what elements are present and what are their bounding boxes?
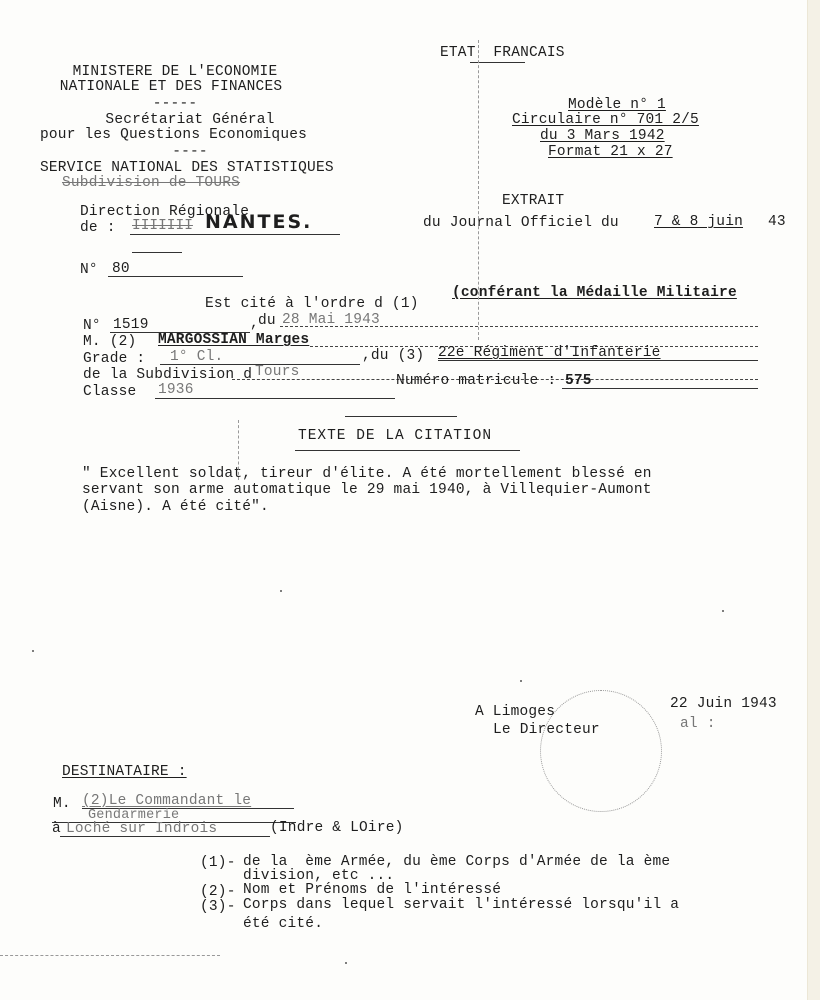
underline xyxy=(108,276,243,277)
no-value: 1519 xyxy=(113,317,149,333)
unit-value: 22e Régiment d'Infanterie xyxy=(438,345,661,361)
citation-line1: " Excellent soldat, tireur d'élite. A ét… xyxy=(82,466,652,482)
recipient-title: DESTINATAIRE : xyxy=(62,764,187,780)
extract-title: EXTRAIT xyxy=(502,193,564,209)
director-title: Le Directeur xyxy=(493,722,600,738)
grade-label: Grade : xyxy=(83,351,145,367)
underline xyxy=(438,360,758,361)
secretariat-line1: Secrétariat Général xyxy=(40,112,340,128)
recipient-prefix: M. xyxy=(53,796,71,812)
official-stamp xyxy=(540,690,662,812)
date-label: du xyxy=(258,313,276,329)
format: Format 21 x 27 xyxy=(548,144,673,160)
scan-artifact xyxy=(0,955,220,956)
underline xyxy=(130,234,340,235)
no-label: N° xyxy=(83,318,101,334)
name-value: MARGOSSIAN Marges xyxy=(158,332,309,348)
recipient-line1: (2)Le Commandant le xyxy=(82,793,251,809)
footnote-text: Nom et Prénoms de l'intéressé xyxy=(243,882,501,898)
ministry-line2: NATIONALE ET DES FINANCES xyxy=(36,79,306,95)
speck xyxy=(345,962,347,964)
underline xyxy=(60,836,270,837)
journal-year: 43 xyxy=(768,214,786,230)
underline xyxy=(132,252,182,253)
grade-value: 1° Cl. xyxy=(170,349,223,365)
subdivision-struck: Subdivision de TOURS xyxy=(62,175,240,191)
signature-date: 22 Juin 1943 xyxy=(670,696,777,712)
number-label: N° xyxy=(80,262,98,278)
citation-line2: servant son arme automatique le 29 mai 1… xyxy=(82,482,652,498)
recipient-region: (Indre & LOire) xyxy=(270,820,404,836)
circular-number: Circulaire n° 701 2/5 xyxy=(512,112,699,128)
number-value: 80 xyxy=(112,261,130,277)
citation-title: TEXTE DE LA CITATION xyxy=(298,428,492,444)
matricule-value: 575 xyxy=(565,373,592,389)
speck xyxy=(280,590,282,592)
order-value: (conférant la Médaille Militaire xyxy=(452,285,737,301)
signature-place: A Limoges xyxy=(475,704,555,720)
subdivision-label: de la Subdivision d xyxy=(83,367,252,383)
recipient-place: Loché sur Indrois xyxy=(66,821,217,837)
service-name: SERVICE NATIONAL DES STATISTIQUES xyxy=(40,160,334,176)
speck xyxy=(32,650,34,652)
separator: ---- xyxy=(40,144,340,160)
journal-date: 7 & 8 juin xyxy=(654,214,743,230)
direction-value: NANTES. xyxy=(205,214,312,230)
subdivision-value: Tours xyxy=(255,364,300,380)
state-title: ETAT FRANCAIS xyxy=(440,45,565,61)
model-number: Modèle n° 1 xyxy=(568,97,666,113)
footnote-num: (1)- xyxy=(200,855,236,871)
order-label: Est cité à l'ordre d (1) xyxy=(205,296,419,312)
direction-prefix: de : xyxy=(80,220,116,236)
dotted-line xyxy=(280,326,758,327)
class-label: Classe xyxy=(83,384,136,400)
footnote-text: été cité. xyxy=(243,916,323,932)
page-edge xyxy=(807,0,820,1000)
document-page: MINISTERE DE L'ECONOMIE NATIONALE ET DES… xyxy=(0,0,808,1000)
circular-date: du 3 Mars 1942 xyxy=(540,128,665,144)
footnote-text: Corps dans lequel servait l'intéressé lo… xyxy=(243,897,679,913)
underline xyxy=(562,388,758,389)
direction-struck: IIIIIII xyxy=(132,218,193,234)
ministry-line1: MINISTERE DE L'ECONOMIE xyxy=(40,64,310,80)
rule xyxy=(345,416,457,417)
unit-label: ,du (3) xyxy=(362,348,424,364)
class-value: 1936 xyxy=(158,382,194,398)
speck xyxy=(520,680,522,682)
secretariat-line2: pour les Questions Economiques xyxy=(40,127,307,143)
citation-line3: (Aisne). A été cité". xyxy=(82,499,269,515)
underline xyxy=(295,450,520,451)
recipient-place-prefix: à xyxy=(52,821,61,837)
footnote-num: (2)- xyxy=(200,884,236,900)
name-label: M. (2) xyxy=(83,334,136,350)
fold-crease xyxy=(238,420,239,480)
signature-label: al : xyxy=(680,716,716,732)
underline xyxy=(155,398,395,399)
fold-crease xyxy=(478,40,479,340)
separator: ----- xyxy=(40,96,310,112)
footnote-num: (3)- xyxy=(200,899,236,915)
journal-label: du Journal Officiel du xyxy=(423,215,619,231)
speck xyxy=(722,610,724,612)
matricule-label: Numéro matricule : xyxy=(396,373,556,389)
